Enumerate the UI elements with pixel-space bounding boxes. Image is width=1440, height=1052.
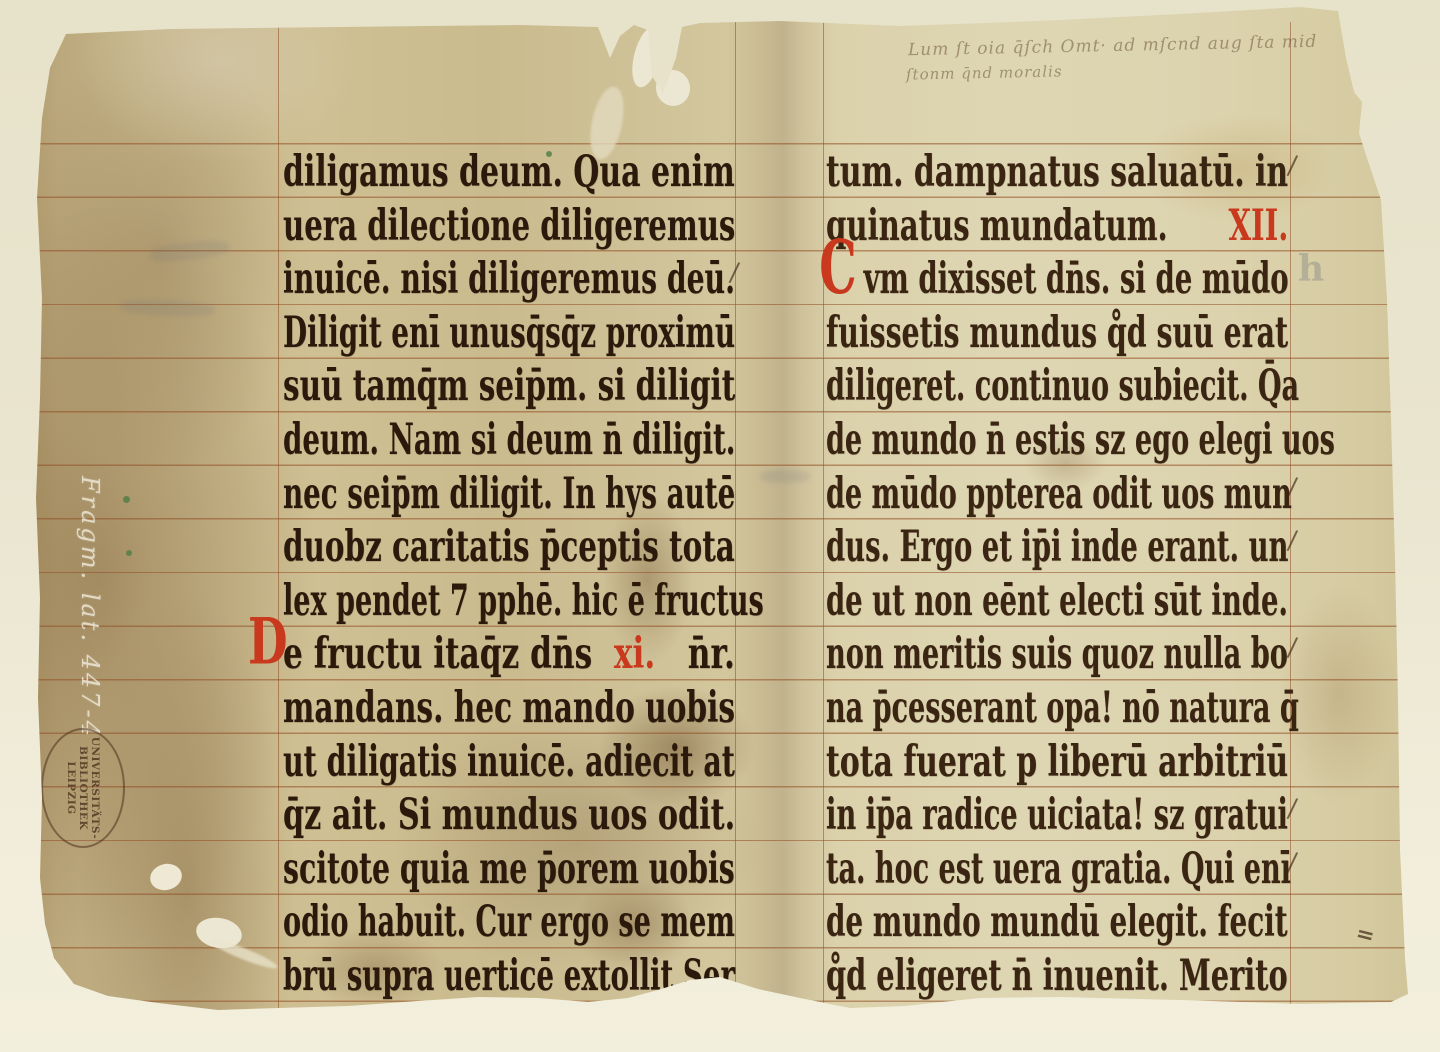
stamp-line: UNIVERSITÄTS- xyxy=(89,737,101,840)
text-line: q̄z ait. Si mundus uos odit. xyxy=(283,790,735,841)
text-line: ut diligatis inuicē. adiecit at xyxy=(283,736,735,787)
text-column-right: tum. dampnatus saluatū. inquinatus munda… xyxy=(826,0,1292,1052)
text-line: in ip̄a radice uiciata! sz gratui xyxy=(826,790,1288,841)
manuscript-leaf: Lum ſt oia q̄ſch Omt· ad mſcnd aug ſta m… xyxy=(0,0,1440,1052)
text-segment: de mūdo ppterea odit uos mun xyxy=(826,467,1292,518)
text-segment: dus. Ergo et ip̄i inde erant. un xyxy=(826,521,1288,572)
text-segment: scitote quia me p̄orem uobis xyxy=(283,842,735,893)
text-segment: odio habuit. Cur ergo se mem xyxy=(283,896,735,947)
library-stamp: UNIVERSITÄTS- BIBLIOTHEK LEIPZIG xyxy=(41,728,125,848)
text-segment: uera dilectione diligeremus xyxy=(283,199,735,250)
text-segment: q̄z ait. Si mundus uos odit. xyxy=(283,789,735,840)
text-line: dus. Ergo et ip̄i inde erant. un xyxy=(826,522,1288,573)
text-line: De fructu itaq̄z dn̄s xi. n̄r. xyxy=(283,629,735,680)
text-line: de mundo n̄ estis sz ego elegi uos xyxy=(826,415,1335,466)
text-segment: in ip̄a radice uiciata! sz gratui xyxy=(826,789,1288,840)
text-segment: ta. hoc est uera gratia. Qui enī xyxy=(826,842,1291,893)
text-segment: brū supra uerticē extollit Ser xyxy=(283,949,735,1000)
text-line: de ut non eēnt electi sūt inde. xyxy=(826,575,1288,626)
text-segment: fuissetis mundus q̊d suū erat xyxy=(826,306,1288,357)
ruling-vertical-right-column-left xyxy=(823,22,824,1008)
text-segment: non meritis suis quoz nulla bo xyxy=(826,628,1288,679)
text-line: de mūdo ppterea odit uos mun xyxy=(826,468,1292,519)
text-line: tota fuerat p liberū arbitriū xyxy=(826,736,1288,787)
text-segment: vm dixisset dn̄s. si de mūdo xyxy=(864,253,1289,304)
text-column-left: diligamus deum. Qua enimuera dilectione … xyxy=(283,0,738,1052)
green-speck xyxy=(546,151,552,157)
green-speck xyxy=(123,496,130,503)
text-segment: mandans. hec mando uobis xyxy=(283,681,735,732)
text-line: nec seip̄m diligit. In hys autē xyxy=(283,468,735,519)
text-line: Cvm dixisset dn̄s. si de mūdo xyxy=(826,254,1289,305)
text-line: ta. hoc est uera gratia. Qui enī xyxy=(826,843,1291,894)
text-segment: suū tamq̄m seip̄m. si diligit xyxy=(283,360,735,411)
text-segment: nec seip̄m diligit. In hys autē xyxy=(283,467,735,518)
text-line: brū supra uerticē extollit Ser xyxy=(283,951,735,1002)
text-line: odio habuit. Cur ergo se mem xyxy=(283,897,735,948)
text-line: fuissetis mundus q̊d suū erat xyxy=(826,307,1288,358)
text-segment: ut diligatis inuicē. adiecit at xyxy=(283,735,735,786)
text-line: na p̄cesserant opa! nō natura q̄ xyxy=(826,683,1299,734)
text-segment: deum. Nam si deum n̄ diligit. xyxy=(283,413,735,464)
text-segment: de ut non eēnt electi sūt inde. xyxy=(826,574,1288,625)
show-through-mark xyxy=(760,470,810,483)
text-segment: n̄r. xyxy=(655,628,735,679)
text-line: de mundo mundū elegit. fecit xyxy=(826,897,1288,948)
text-segment: lex pendet 7 pphē. hic ē fructus xyxy=(283,574,764,625)
text-segment: quinatus mundatum. xyxy=(826,199,1168,250)
rubricated-initial: C xyxy=(819,243,856,292)
text-line: Diligit enī unusq̄sq̄z proximū xyxy=(283,307,735,358)
text-line: tum. dampnatus saluatū. in xyxy=(826,147,1288,198)
show-through-letter: h xyxy=(1298,248,1324,290)
text-segment: diligamus deum. Qua enim xyxy=(283,145,735,196)
text-segment: inuicē. nisi diligeremus deū. xyxy=(283,253,735,304)
stamp-line: LEIPZIG xyxy=(65,761,77,814)
text-line: mandans. hec mando uobis xyxy=(283,683,735,734)
text-segment: tota fuerat p liberū arbitriū xyxy=(826,735,1288,786)
text-segment: na p̄cesserant opa! nō natura q̄ xyxy=(826,681,1299,732)
text-line: suū tamq̄m seip̄m. si diligit xyxy=(283,361,735,412)
text-line: diligamus deum. Qua enim xyxy=(283,147,735,198)
ruling-vertical-left-column-left xyxy=(278,22,279,1008)
text-segment: de mundo mundū elegit. fecit xyxy=(826,896,1288,947)
text-segment: q̊d eligeret n̄ inuenit. Merito xyxy=(826,949,1288,1000)
text-line: q̊d eligeret n̄ inuenit. Merito xyxy=(826,951,1288,1002)
rubric-numeral: xi. xyxy=(614,628,655,679)
text-segment: Diligit enī unusq̄sq̄z proximū xyxy=(283,306,735,357)
stamp-line: BIBLIOTHEK xyxy=(77,746,89,830)
text-line: duobz caritatis p̄ceptis tota xyxy=(283,522,735,573)
text-segment: tum. dampnatus saluatū. in xyxy=(826,145,1288,196)
text-line: non meritis suis quoz nulla bo xyxy=(826,629,1288,680)
rubricated-initial: D xyxy=(248,618,288,667)
text-segment: e fructu itaq̄z dn̄s xyxy=(283,628,614,679)
green-speck xyxy=(126,550,132,556)
text-segment: duobz caritatis p̄ceptis tota xyxy=(283,521,735,572)
rubric-numeral: XII. xyxy=(1228,199,1288,250)
shelfmark-pencil: Fragm. lat. 447-4 xyxy=(76,476,104,739)
text-line: lex pendet 7 pphē. hic ē fructus xyxy=(283,575,764,626)
text-segment: diligeret. continuo subiecit. Q̄a xyxy=(826,360,1299,411)
text-line: quinatus mundatum. XII. xyxy=(826,200,1288,251)
text-line: inuicē. nisi diligeremus deū. xyxy=(283,254,735,305)
text-line: scitote quia me p̄orem uobis xyxy=(283,843,735,894)
text-segment: de mundo n̄ estis sz ego elegi uos xyxy=(826,413,1335,464)
text-segment xyxy=(1168,199,1229,250)
text-line: deum. Nam si deum n̄ diligit. xyxy=(283,415,735,466)
text-line: uera dilectione diligeremus xyxy=(283,200,735,251)
text-line: diligeret. continuo subiecit. Q̄a xyxy=(826,361,1299,412)
